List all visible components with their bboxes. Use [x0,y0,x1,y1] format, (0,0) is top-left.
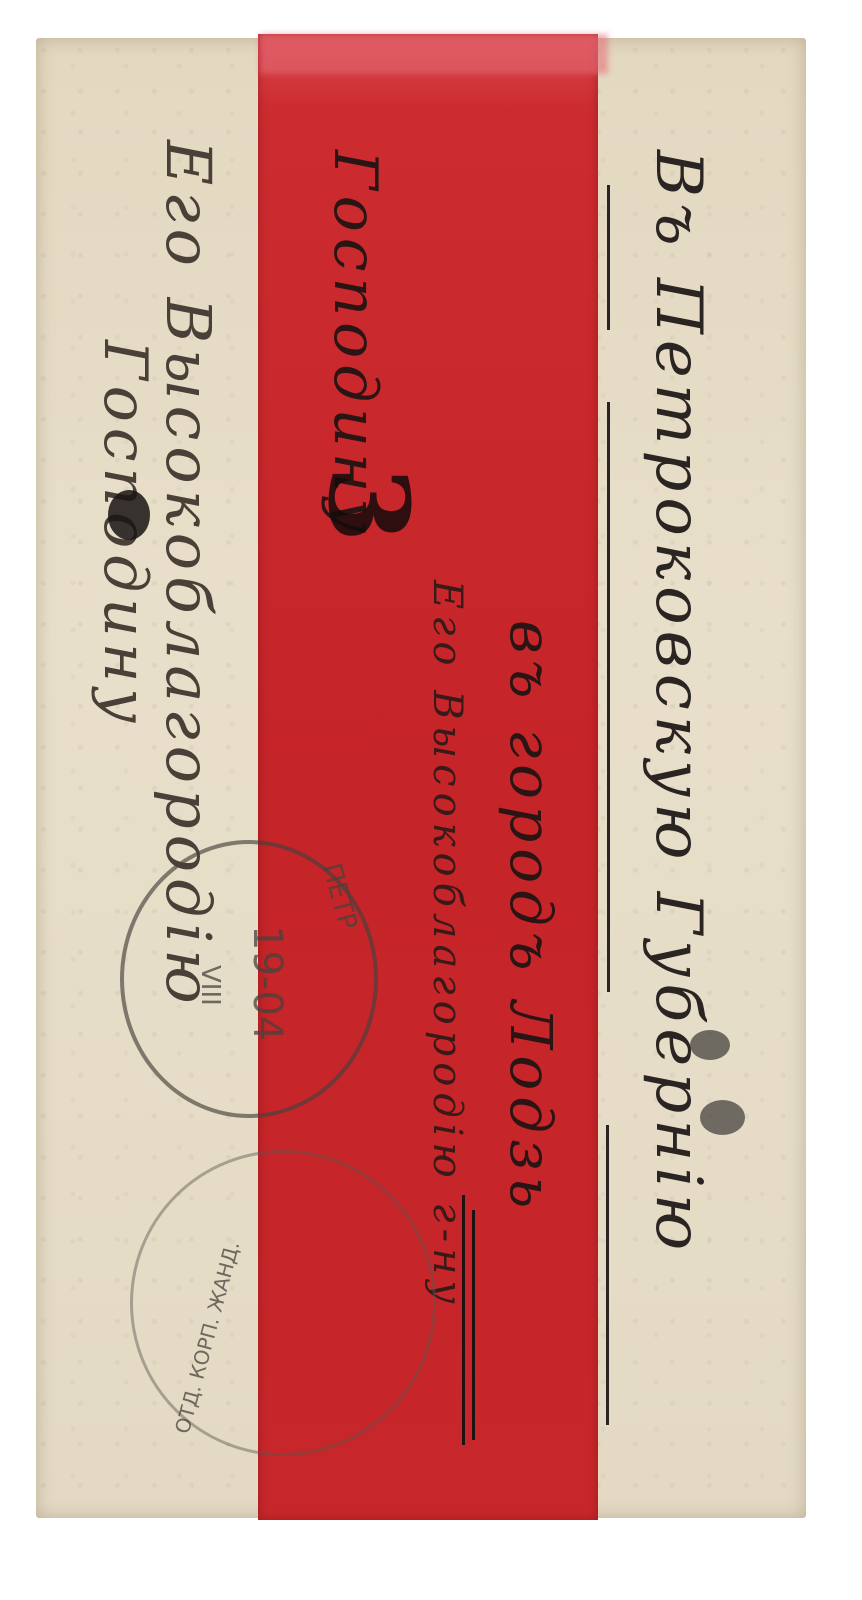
underline [472,1210,475,1440]
address-line-honorific: Его Высокоблагородію г-ну [424,580,470,1310]
underline [606,1125,609,1425]
red-band-top-edge [260,34,608,74]
postmark-month: VIII [195,965,225,1006]
address-line-city: въ городъ Лодзь [497,620,565,1214]
address-line-province: Въ Петроковскую Губернію [641,150,715,1256]
band-seal-numeral: 3 [304,466,433,543]
underline [607,185,610,330]
postmark-date: 19-04 [244,925,290,1041]
underline [607,402,610,992]
ink-blot [690,1030,730,1060]
ink-blot [108,490,150,540]
ink-blot [700,1100,745,1135]
